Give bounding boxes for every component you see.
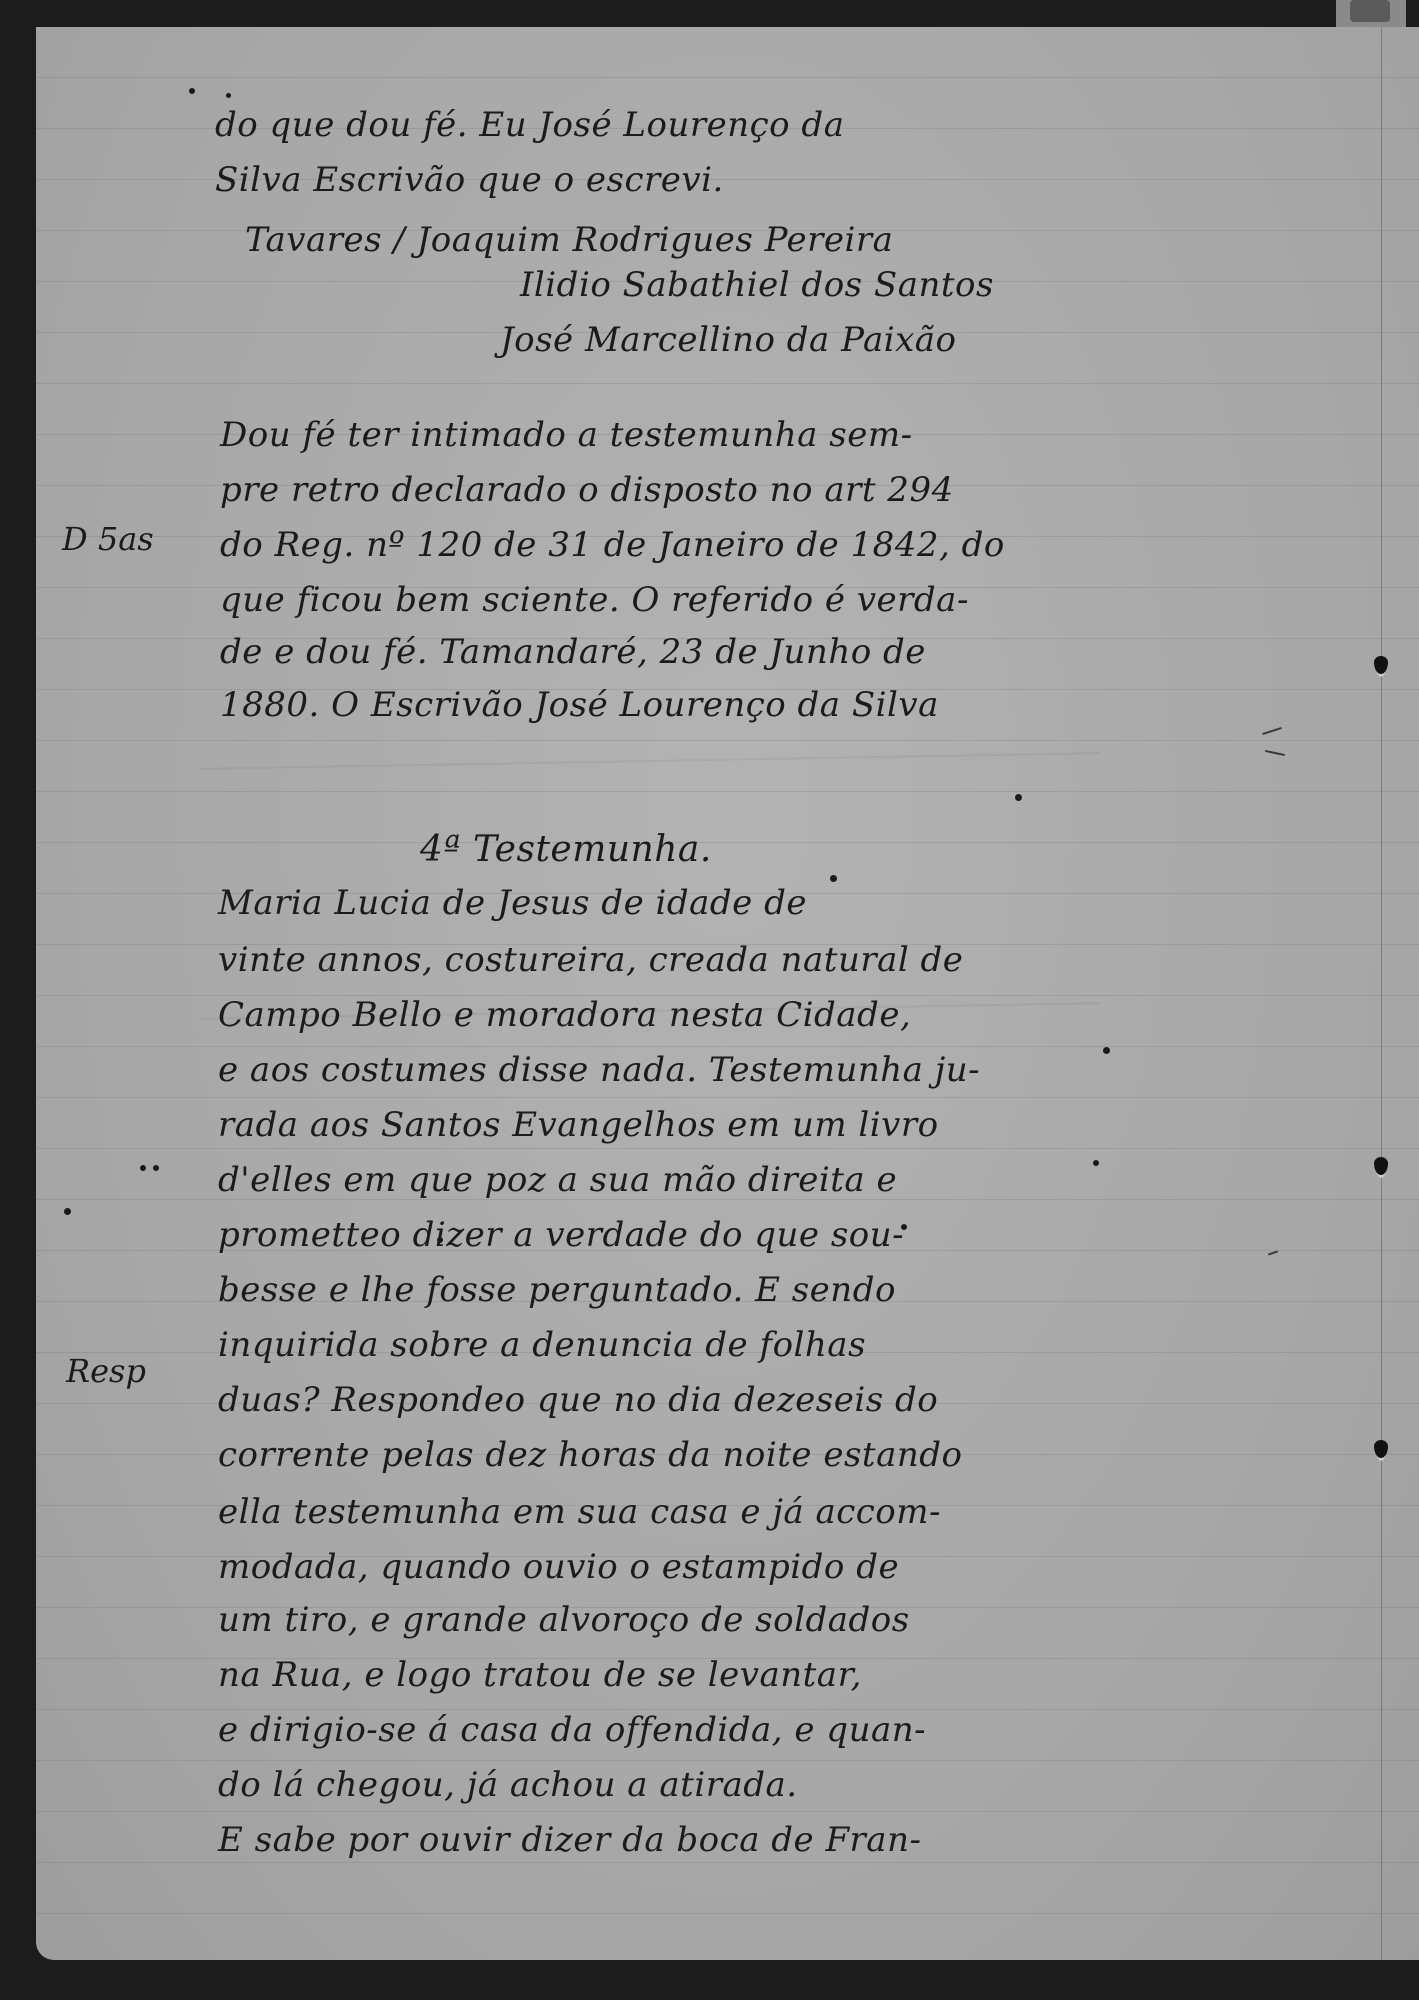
signature-line: Tavares / Joaquim Rodrigues Pereira [245,220,893,260]
text-line: d'elles em que poz a sua mão direita e [218,1160,897,1200]
ink-dot [64,1208,71,1215]
text-line: do Reg. nº 120 de 31 de Janeiro de 1842,… [220,525,1005,565]
corner-scrap-fragment [1350,0,1390,22]
text-line: 1880. O Escrivão José Lourenço da Silva [220,685,939,725]
text-line: e aos costumes disse nada. Testemunha ju… [218,1050,980,1090]
ink-dot [226,93,231,98]
text-line: pre retro declarado o disposto no art 29… [220,470,954,510]
text-line: corrente pelas dez horas da noite estand… [218,1435,962,1475]
text-line: modada, quando ouvio o estampido de [218,1547,899,1587]
ink-dot [1103,1047,1110,1054]
text-line: e dirigio-se á casa da offendida, e quan… [218,1710,926,1750]
text-line: vinte annos, costureira, creada natural … [218,940,963,980]
ink-dot [140,1165,146,1171]
margin-note-d5as: D 5as [62,520,154,558]
text-line: inquirida sobre a denuncia de folhas [218,1325,866,1365]
signature-line: José Marcellino da Paixão [500,320,957,360]
text-line: um tiro, e grande alvoroço de soldados [218,1600,910,1640]
signature-line: Ilidio Sabathiel dos Santos [520,265,994,305]
section-heading: 4ª Testemunha. [420,830,712,870]
text-line: que ficou bem sciente. O referido é verd… [220,580,969,620]
text-line: Maria Lucia de Jesus de idade de [218,883,807,923]
ink-dot [1015,794,1022,801]
ink-dot [189,88,195,94]
text-line: duas? Respondeo que no dia dezeseis do [218,1380,938,1420]
text-line: Dou fé ter intimado a testemunha sem- [220,415,913,455]
text-line: besse e lhe fosse perguntado. E sendo [218,1270,896,1310]
text-line: do que dou fé. Eu José Lourenço da [215,105,844,145]
text-line: prometteo dizer a verdade do que sou- [218,1215,904,1255]
ink-dot [1093,1160,1099,1166]
margin-note-resp: Resp [66,1352,146,1390]
text-line: de e dou fé. Tamandaré, 23 de Junho de [220,632,926,672]
text-line: E sabe por ouvir dizer da boca de Fran- [218,1820,921,1860]
text-line: Silva Escrivão que o escrevi. [215,160,724,200]
text-line: ella testemunha em sua casa e já accom- [218,1492,941,1532]
text-line: Campo Bello e moradora nesta Cidade, [218,995,911,1035]
text-line: na Rua, e logo tratou de se levantar, [218,1655,862,1695]
ink-dot [830,875,837,882]
text-line: rada aos Santos Evangelhos em um livro [218,1105,939,1145]
ink-dot [153,1165,159,1171]
text-line: do lá chegou, já achou a atirada. [218,1765,798,1805]
binding-margin-line [1381,27,1382,1960]
